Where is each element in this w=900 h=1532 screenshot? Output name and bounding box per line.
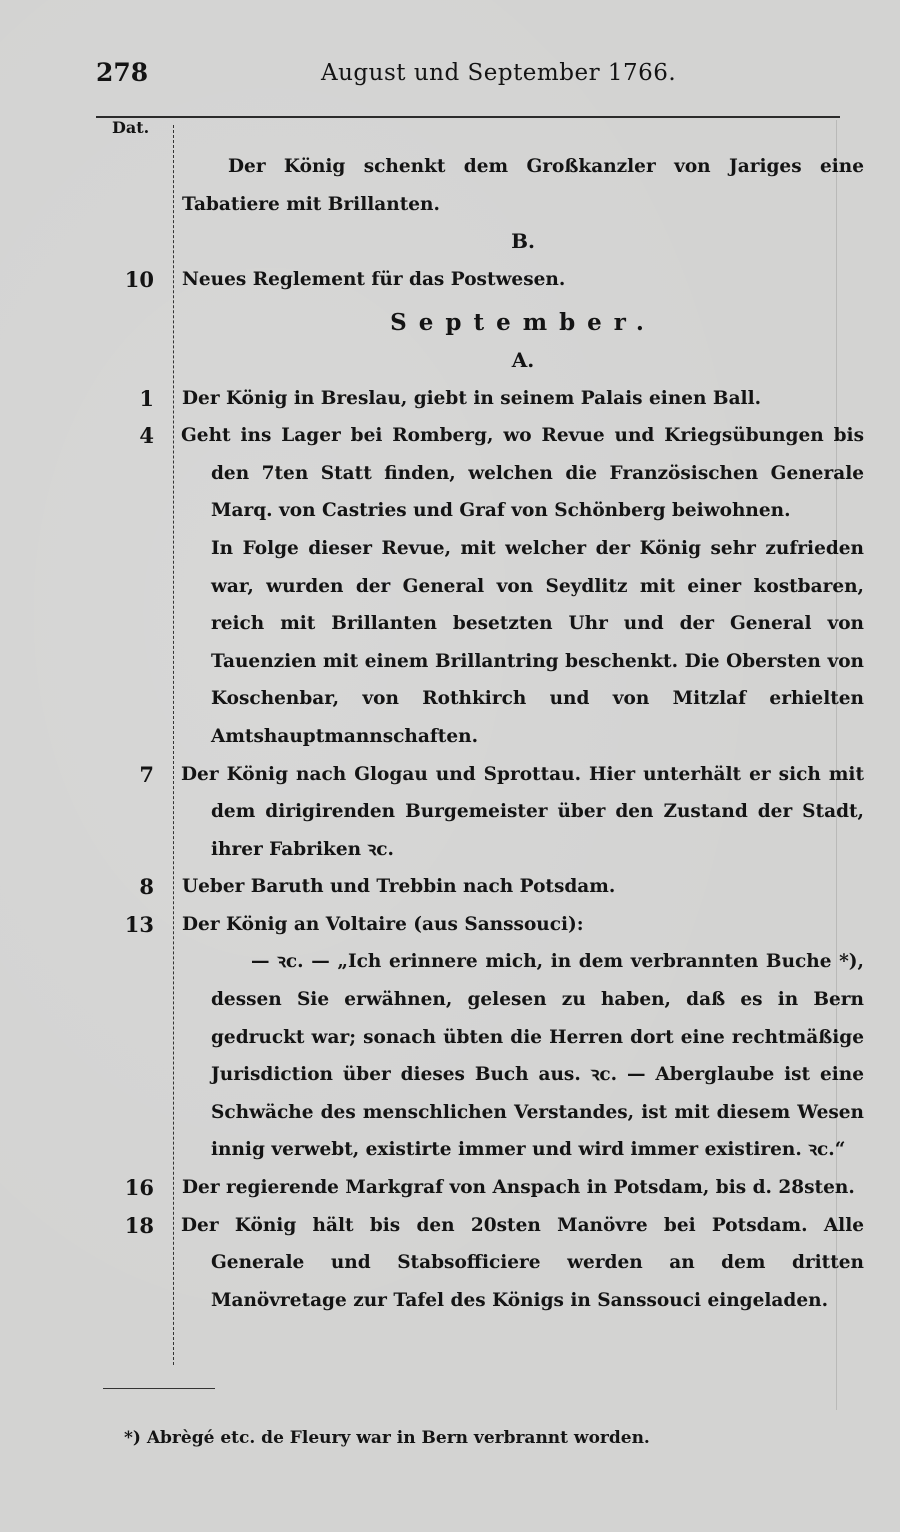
entry-text: Der König in Breslau, giebt in seinem Pa… bbox=[182, 380, 864, 418]
entry-row: 13 Der König an Voltaire (aus Sanssouci)… bbox=[96, 906, 864, 944]
header-rule bbox=[96, 116, 840, 118]
entry-date: 7 bbox=[96, 756, 154, 794]
entry-text: In Folge dieser Revue, mit welcher der K… bbox=[211, 530, 864, 756]
entry-august-continuation: Der König schenkt dem Großkanzler von Ja… bbox=[96, 148, 864, 223]
entry-text: Geht ins Lager bei Romberg, wo Revue und… bbox=[211, 417, 864, 530]
entry-row-continuation: In Folge dieser Revue, mit welcher der K… bbox=[96, 530, 864, 756]
quoted-letter: — ꝛc. — „Ich erinnere mich, in dem verbr… bbox=[96, 943, 864, 1169]
running-title: August und September 1766. bbox=[321, 60, 676, 86]
entry-row: 1 Der König in Breslau, giebt in seinem … bbox=[96, 380, 864, 418]
page-number: 278 bbox=[96, 58, 148, 87]
entry-date: 10 bbox=[96, 261, 154, 299]
date-column-heading: Dat. bbox=[112, 118, 149, 137]
section-label-a: A. bbox=[182, 342, 864, 380]
entry-text: Der König nach Glogau und Sprottau. Hier… bbox=[211, 756, 864, 869]
entry-text: Der König schenkt dem Großkanzler von Ja… bbox=[182, 148, 864, 223]
entry-text: Neues Reglement für das Postwesen. bbox=[182, 261, 864, 299]
footnote: *) Abrègé etc. de Fleury war in Bern ver… bbox=[124, 1428, 650, 1448]
section-label-b: B. bbox=[182, 223, 864, 261]
entry-row: 10 Neues Reglement für das Postwesen. bbox=[96, 261, 864, 299]
entry-date: 4 bbox=[96, 417, 154, 455]
entry-row: 18 Der König hält bis den 20sten Manövre… bbox=[96, 1207, 864, 1320]
entry-date: 13 bbox=[96, 906, 154, 944]
entry-text: Der König an Voltaire (aus Sanssouci): bbox=[182, 906, 864, 944]
book-page: 278 August und September 1766. Dat. Der … bbox=[0, 0, 900, 1532]
entry-date: 1 bbox=[96, 380, 154, 418]
entry-date: 16 bbox=[96, 1169, 154, 1207]
chronicle-body: Der König schenkt dem Großkanzler von Ja… bbox=[96, 148, 864, 1319]
entry-text: Der regierende Markgraf von Anspach in P… bbox=[182, 1169, 864, 1207]
page-header: 278 August und September 1766. bbox=[96, 58, 860, 98]
entry-date: 8 bbox=[96, 868, 154, 906]
entry-text: Ueber Baruth und Trebbin nach Potsdam. bbox=[182, 868, 864, 906]
entry-row: 4 Geht ins Lager bei Romberg, wo Revue u… bbox=[96, 417, 864, 530]
entry-date: 18 bbox=[96, 1207, 154, 1245]
entry-row: 16 Der regierende Markgraf von Anspach i… bbox=[96, 1169, 864, 1207]
entry-row: 7 Der König nach Glogau und Sprottau. Hi… bbox=[96, 756, 864, 869]
quote-text: — ꝛc. — „Ich erinnere mich, in dem verbr… bbox=[211, 943, 864, 1169]
footnote-rule bbox=[103, 1388, 215, 1389]
entry-text: Der König hält bis den 20sten Manövre be… bbox=[211, 1207, 864, 1320]
month-heading-september: September. bbox=[182, 304, 864, 342]
entry-row: 8 Ueber Baruth und Trebbin nach Potsdam. bbox=[96, 868, 864, 906]
